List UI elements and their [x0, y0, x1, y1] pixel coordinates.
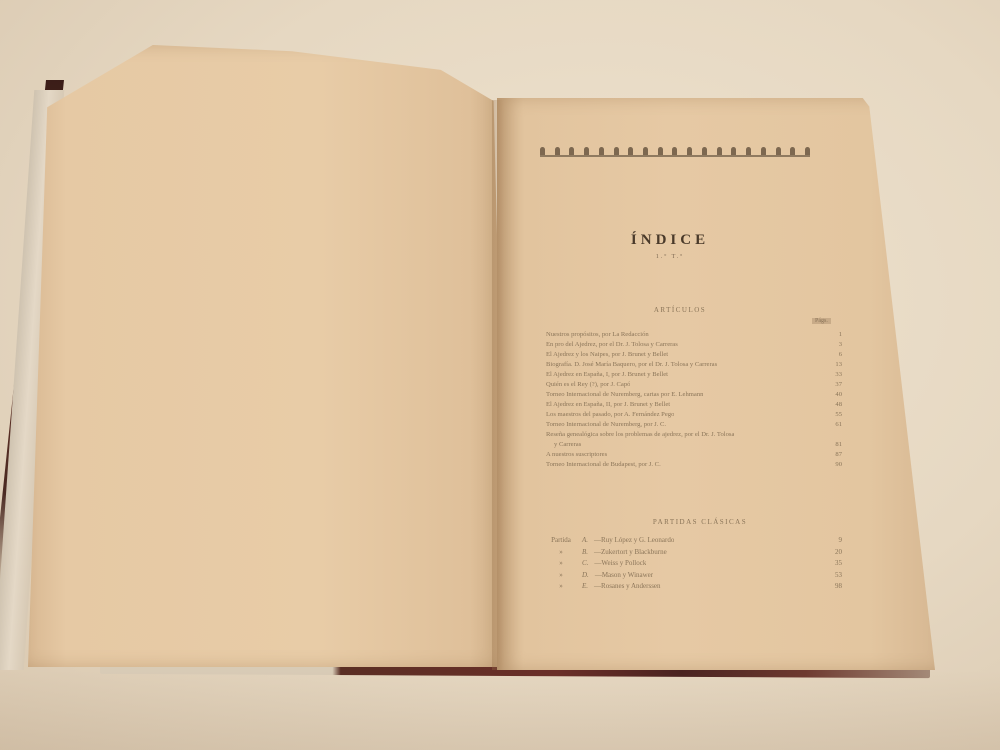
photo-scene: ÍNDICE 1.º T.º ARTÍCULOS Págs. Nuestros …: [0, 0, 1000, 750]
game-page: 53: [828, 570, 842, 582]
pages-column-label: Págs.: [812, 318, 831, 324]
game-prefix: »: [546, 570, 576, 582]
toc-entry: A nuestros suscriptores87: [546, 450, 842, 460]
toc-entry: Los maestros del pasado, por A. Fernánde…: [546, 410, 842, 420]
ornament-glyph: [555, 147, 560, 155]
game-entry: »B.—Zukertort y Blackburne20: [546, 547, 842, 559]
game-page: 98: [828, 581, 842, 593]
game-title: —Rosanes y Anderssen: [594, 581, 661, 593]
toc-entry-page: 1: [828, 330, 842, 340]
toc-entry: Biografía. D. José María Baquero, por el…: [546, 360, 842, 370]
toc-entry-title: Quién es el Rey (?), por J. Capó: [546, 380, 630, 390]
ornament-glyph: [628, 147, 633, 155]
classic-games-list: PartidaA.—Ruy López y G. Leonardo9 »B.—Z…: [546, 535, 842, 593]
book-gutter: [492, 100, 504, 670]
ornament-glyph: [584, 147, 589, 155]
toc-entry-continuation: y Carreras81: [546, 440, 842, 450]
toc-entry-title: Los maestros del pasado, por A. Fernánde…: [546, 410, 674, 420]
toc-entry-title: A nuestros suscriptores: [546, 450, 607, 460]
ornament-glyph: [731, 147, 736, 155]
ornament-glyph: [717, 147, 722, 155]
toc-entry: En pro del Ajedrez, por el Dr. J. Tolosa…: [546, 340, 842, 350]
toc-entry-title: Reseña genealógica sobre los problemas d…: [546, 430, 734, 440]
game-letter: A.: [582, 535, 588, 547]
toc-entry: Quién es el Rey (?), por J. Capó37: [546, 380, 842, 390]
toc-entry-title: Torneo Internacional de Nuremberg, por J…: [546, 420, 666, 430]
game-letter: E.: [582, 581, 588, 593]
game-title: —Weiss y Pollock: [594, 558, 646, 570]
toc-entry-page: 90: [828, 460, 842, 470]
articles-list: Nuestros propósitos, por La Redacción1 E…: [546, 330, 842, 470]
toc-entry-title: El Ajedrez en España, II, por J. Brunet …: [546, 400, 670, 410]
toc-entry-title: Nuestros propósitos, por La Redacción: [546, 330, 649, 340]
game-entry: »E.—Rosanes y Anderssen98: [546, 581, 842, 593]
toc-entry-page: 55: [828, 410, 842, 420]
ornament-glyph: [805, 147, 810, 155]
toc-entry: El Ajedrez en España, I, por J. Brunet y…: [546, 370, 842, 380]
toc-entry-page: 81: [828, 440, 842, 450]
index-title: ÍNDICE: [600, 232, 740, 249]
table-shadow: [0, 670, 1000, 750]
toc-entry-title: Torneo Internacional de Nuremberg, carta…: [546, 390, 703, 400]
game-letter: C.: [582, 558, 588, 570]
toc-entry-page: 61: [828, 420, 842, 430]
game-title: —Ruy López y G. Leonardo: [594, 535, 674, 547]
ornament-glyph: [643, 147, 648, 155]
game-title: —Mason y Winawer: [595, 570, 653, 582]
game-page: 9: [828, 535, 842, 547]
game-letter: B.: [582, 547, 588, 559]
ornament-glyph: [776, 147, 781, 155]
toc-entry: El Ajedrez en España, II, por J. Brunet …: [546, 400, 842, 410]
ornamental-border: [540, 141, 810, 157]
toc-entry-page: [828, 430, 842, 440]
game-prefix: »: [546, 581, 576, 593]
toc-entry-page: 13: [828, 360, 842, 370]
toc-entry-page: 48: [828, 400, 842, 410]
game-prefix: »: [546, 558, 576, 570]
game-letter: D.: [582, 570, 589, 582]
toc-entry-title: El Ajedrez y los Naipes, por J. Brunet y…: [546, 350, 668, 360]
ornament-glyph: [790, 147, 795, 155]
ornament-glyph: [761, 147, 766, 155]
toc-entry-title: Torneo Internacional de Budapest, por J.…: [546, 460, 661, 470]
toc-entry-title: El Ajedrez en España, I, por J. Brunet y…: [546, 370, 668, 380]
toc-entry-page: 40: [828, 390, 842, 400]
ornament-glyph: [599, 147, 604, 155]
game-page: 35: [828, 558, 842, 570]
game-prefix: Partida: [546, 535, 576, 547]
toc-entry-title: y Carreras: [546, 440, 581, 450]
game-title: —Zukertort y Blackburne: [594, 547, 667, 559]
toc-entry: Torneo Internacional de Nuremberg, carta…: [546, 390, 842, 400]
toc-entry: Torneo Internacional de Nuremberg, por J…: [546, 420, 842, 430]
toc-entry-title: En pro del Ajedrez, por el Dr. J. Tolosa…: [546, 340, 678, 350]
toc-entry: Reseña genealógica sobre los problemas d…: [546, 430, 842, 440]
ornament-glyph: [687, 147, 692, 155]
left-page-blank: [28, 45, 508, 667]
game-page: 20: [828, 547, 842, 559]
toc-entry: Torneo Internacional de Budapest, por J.…: [546, 460, 842, 470]
toc-entry-page: 37: [828, 380, 842, 390]
ornament-glyph: [569, 147, 574, 155]
section-heading-partidas: PARTIDAS CLÁSICAS: [550, 518, 850, 526]
toc-entry-title: Biografía. D. José María Baquero, por el…: [546, 360, 717, 370]
index-subtitle: 1.º T.º: [600, 254, 740, 260]
toc-entry: Nuestros propósitos, por La Redacción1: [546, 330, 842, 340]
ornament-glyph: [672, 147, 677, 155]
toc-entry-page: 6: [828, 350, 842, 360]
ornament-glyph: [540, 147, 545, 155]
toc-entry-page: 3: [828, 340, 842, 350]
toc-entry: El Ajedrez y los Naipes, por J. Brunet y…: [546, 350, 842, 360]
section-heading-articulos: ARTÍCULOS: [530, 306, 830, 314]
game-entry: »C.—Weiss y Pollock35: [546, 558, 842, 570]
toc-entry-page: 33: [828, 370, 842, 380]
game-entry: »D.—Mason y Winawer53: [546, 570, 842, 582]
ornament-glyph: [614, 147, 619, 155]
toc-entry-page: 87: [828, 450, 842, 460]
ornament-glyph: [702, 147, 707, 155]
ornament-glyph: [658, 147, 663, 155]
ornament-glyph: [746, 147, 751, 155]
game-prefix: »: [546, 547, 576, 559]
game-entry: PartidaA.—Ruy López y G. Leonardo9: [546, 535, 842, 547]
